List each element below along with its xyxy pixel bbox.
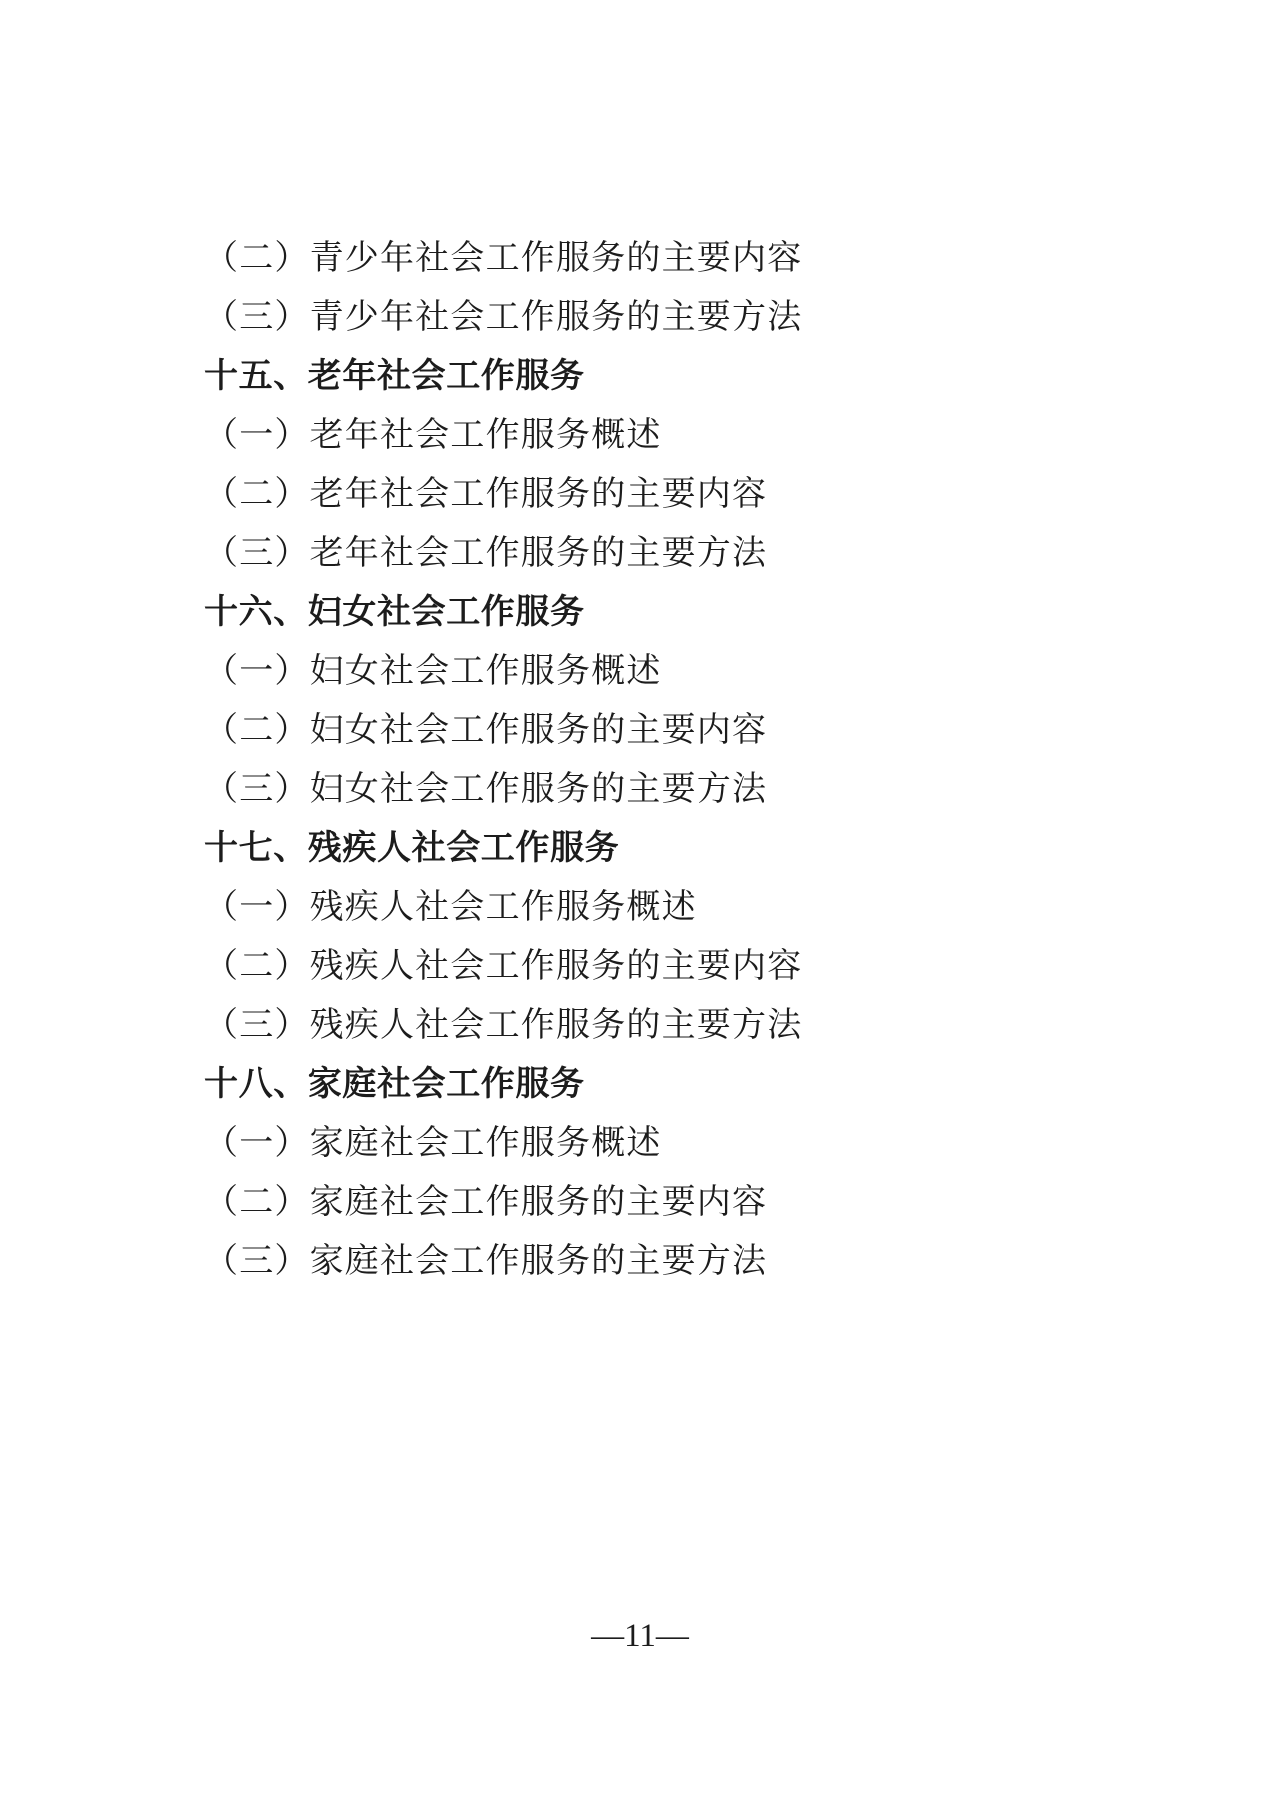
toc-item: （二）老年社会工作服务的主要内容: [204, 465, 1220, 524]
toc-item: （一）残疾人社会工作服务概述: [204, 878, 1220, 937]
toc-item: （三）残疾人社会工作服务的主要方法: [204, 996, 1220, 1055]
toc-item: （三）老年社会工作服务的主要方法: [204, 524, 1220, 583]
toc-item: 十六、妇女社会工作服务: [204, 583, 1220, 642]
toc-item: 十八、家庭社会工作服务: [204, 1055, 1220, 1114]
toc-item: 十七、残疾人社会工作服务: [204, 819, 1220, 878]
toc-item: （三）家庭社会工作服务的主要方法: [204, 1232, 1220, 1291]
toc-item: （三）青少年社会工作服务的主要方法: [204, 288, 1220, 347]
page-number: —11—: [0, 1616, 1280, 1656]
document-page: （二）青少年社会工作服务的主要内容（三）青少年社会工作服务的主要方法十五、老年社…: [0, 0, 1280, 1810]
toc-item: （二）家庭社会工作服务的主要内容: [204, 1173, 1220, 1232]
toc-item: 十五、老年社会工作服务: [204, 347, 1220, 406]
toc-item: （二）残疾人社会工作服务的主要内容: [204, 937, 1220, 996]
toc-item: （二）妇女社会工作服务的主要内容: [204, 701, 1220, 760]
toc-item: （一）妇女社会工作服务概述: [204, 642, 1220, 701]
toc-item: （三）妇女社会工作服务的主要方法: [204, 760, 1220, 819]
toc-item: （一）老年社会工作服务概述: [204, 406, 1220, 465]
toc-item: （二）青少年社会工作服务的主要内容: [204, 229, 1220, 288]
toc-item: （一）家庭社会工作服务概述: [204, 1114, 1220, 1173]
toc-list: （二）青少年社会工作服务的主要内容（三）青少年社会工作服务的主要方法十五、老年社…: [204, 229, 1220, 1291]
